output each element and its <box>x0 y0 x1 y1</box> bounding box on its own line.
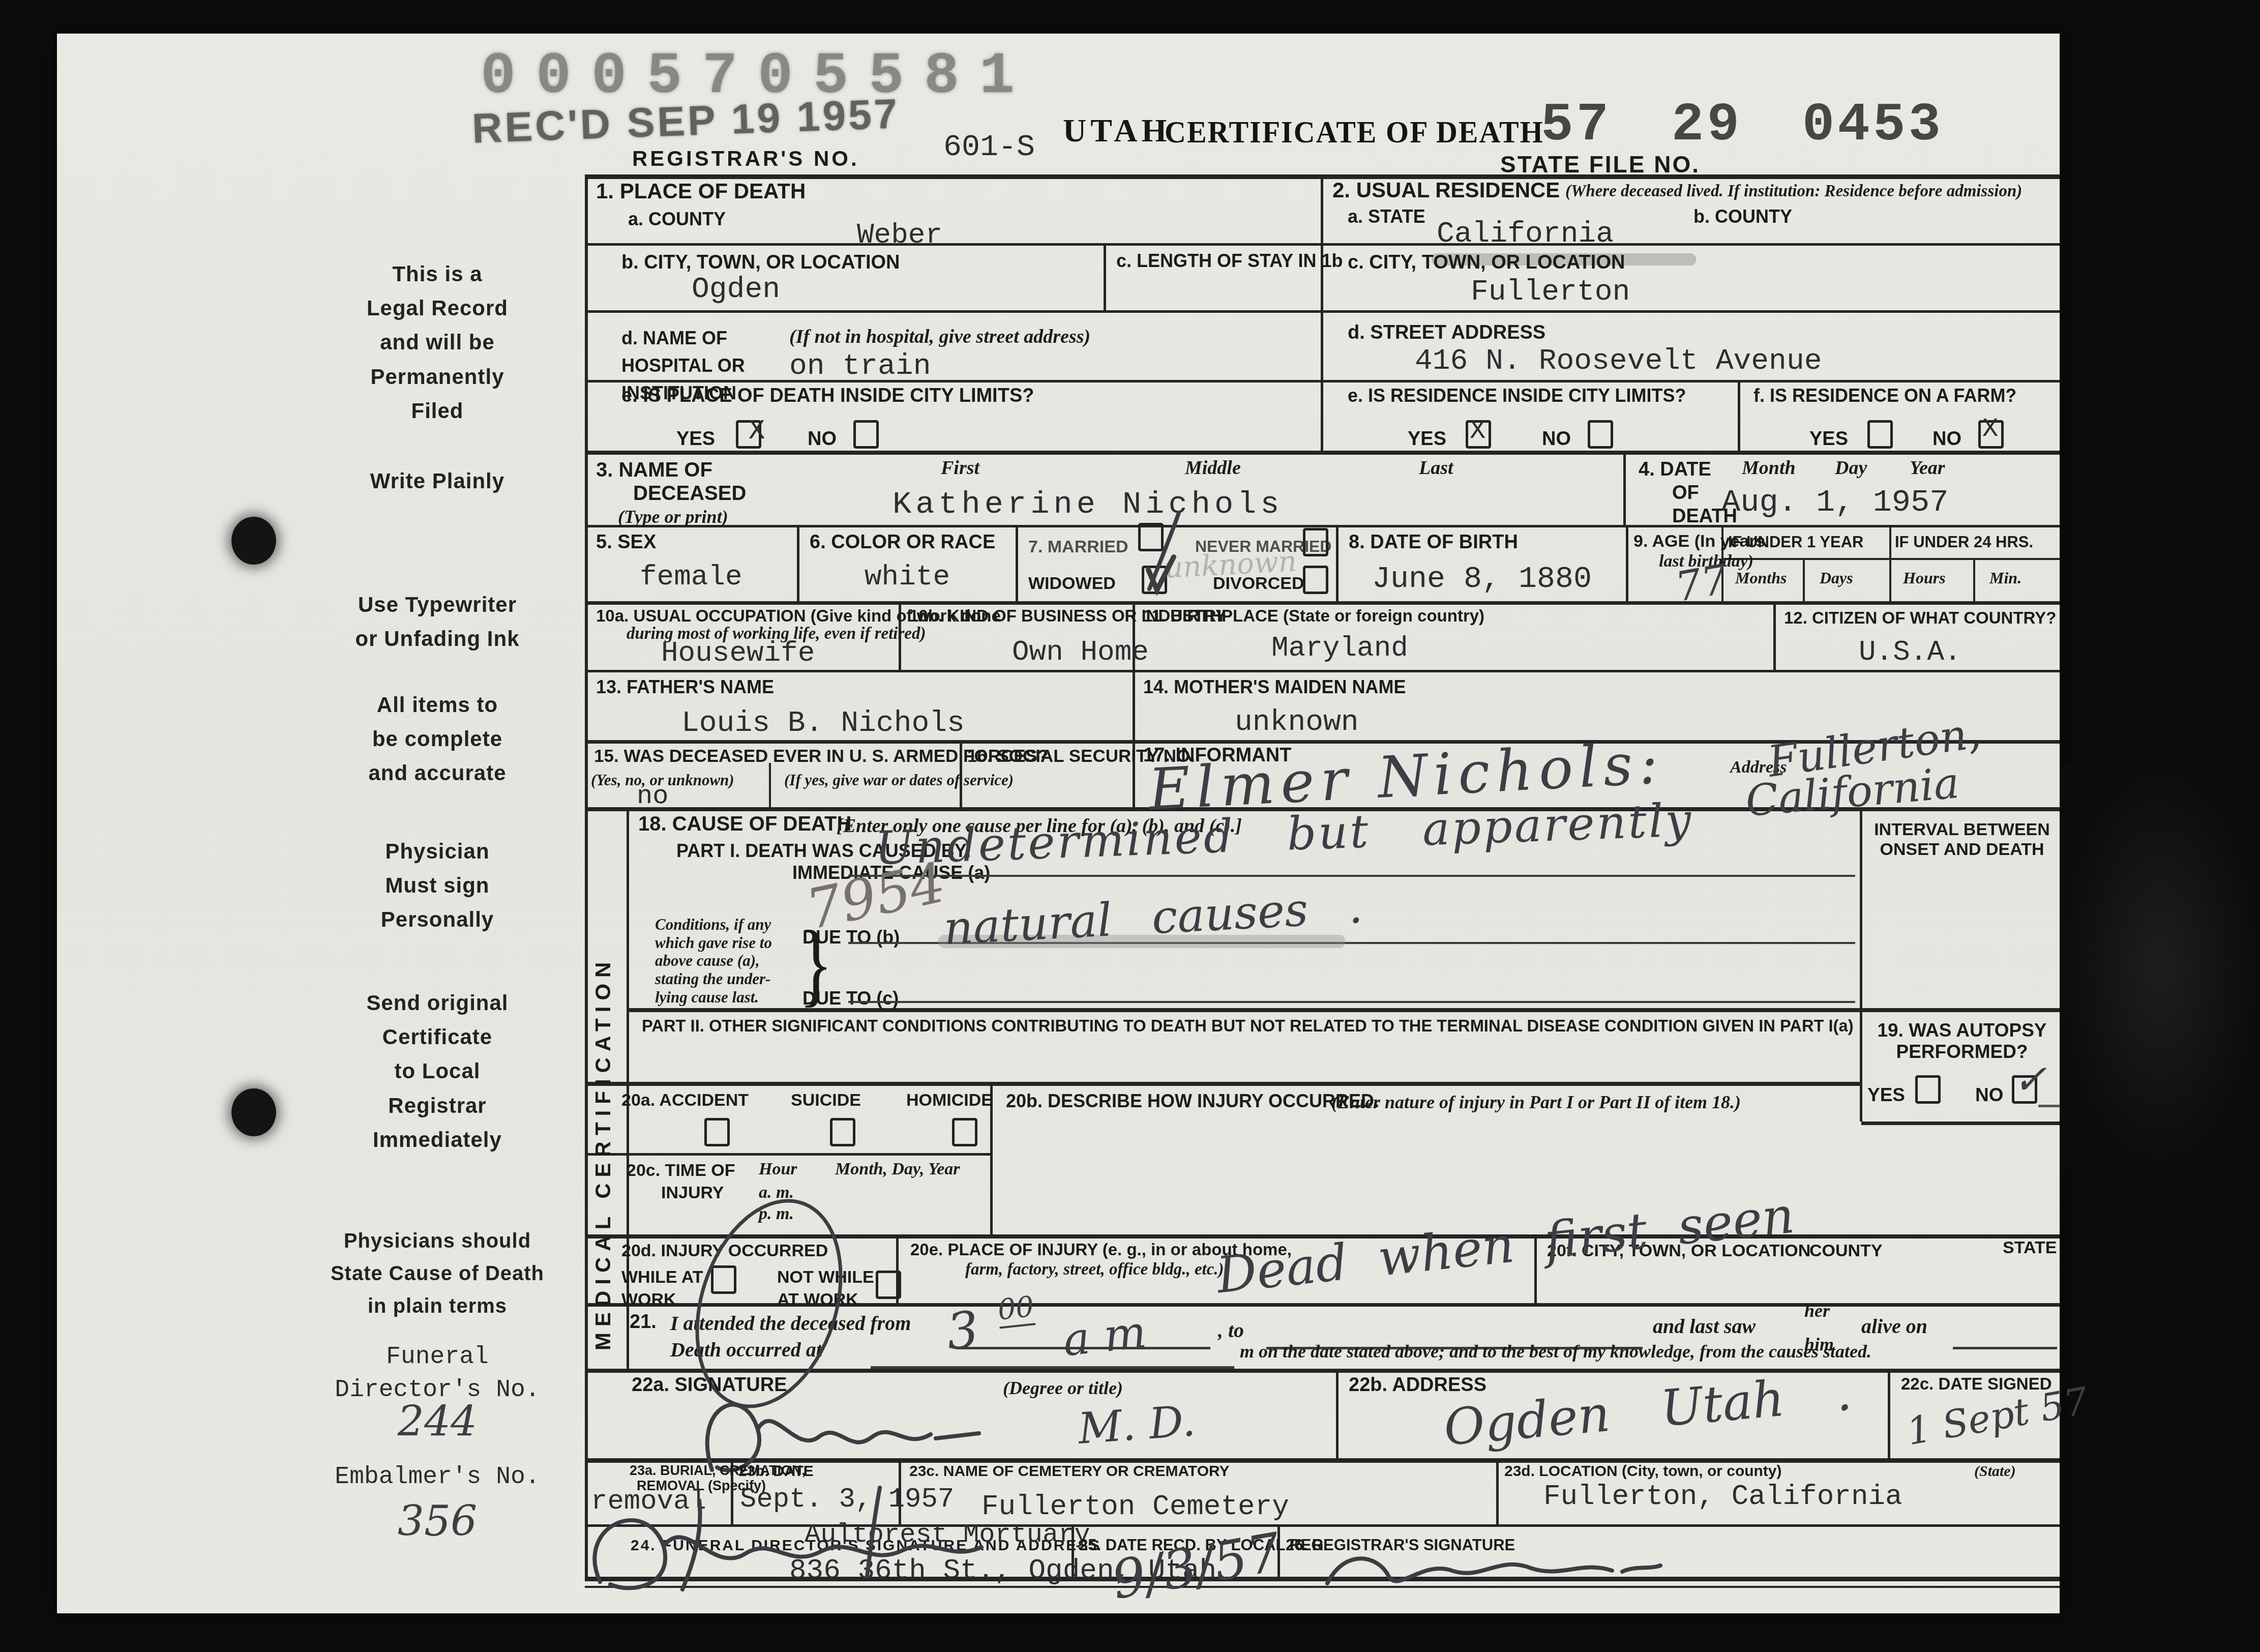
grid-line <box>1860 807 1862 1122</box>
funeral-directors-no-label: Funeral Director's No. <box>275 1341 600 1407</box>
s4-day-header: Day <box>1835 457 1867 479</box>
s18-title: 18. CAUSE OF DEATH <box>638 813 851 836</box>
s14-mother-label: 14. MOTHER'S MAIDEN NAME <box>1143 676 1406 698</box>
s3-name-value: Katherine Nichols <box>893 486 1284 522</box>
s12-citizen-value: U.S.A. <box>1859 636 1961 668</box>
s19-yes-label: YES <box>1867 1084 1905 1106</box>
s23c-cemetery-label: 23c. NAME OF CEMETERY OR CREMATORY <box>909 1463 1230 1480</box>
s2e-yes-mark: X <box>1470 416 1485 446</box>
s2-title: 2. USUAL RESIDENCE <box>1332 178 1560 202</box>
funeral-director-signature <box>570 1485 1078 1597</box>
s21-causes-stated-text: m on the date stated above; and to the b… <box>1240 1341 1871 1362</box>
s18-conditions-label: Conditions, if any which gave rise to ab… <box>655 916 772 1006</box>
s1b-city-label: b. CITY, TOWN, OR LOCATION <box>621 252 900 274</box>
s1e-no-label: NO <box>808 428 837 450</box>
punch-hole-top <box>231 517 276 565</box>
s1d-hospital-value: on train <box>789 350 931 383</box>
s1c-length-of-stay-label: c. LENGTH OF STAY IN 1b <box>1116 250 1343 272</box>
margin-note-write-plainly: Write Plainly <box>275 464 600 498</box>
s20a-homicide-label: HOMICIDE <box>906 1090 993 1110</box>
s19-yes-checkbox <box>1915 1075 1941 1104</box>
s21-hour-handwriting: 3 <box>944 1301 982 1362</box>
s22b-address-label: 22b. ADDRESS <box>1349 1374 1486 1396</box>
part2-label: PART II. OTHER SIGNIFICANT CONDITIONS CO… <box>642 1016 1854 1036</box>
s4-month-header: Month <box>1742 457 1796 479</box>
grid-line <box>1889 525 1891 601</box>
s20f-county-label: COUNTY <box>1809 1241 1883 1261</box>
s13-father-value: Louis B. Nichols <box>681 707 965 740</box>
s4-date-of-death-value: Aug. 1, 1957 <box>1721 484 1948 520</box>
s23d-location-label: 23d. LOCATION (City, town, or county) <box>1504 1463 1782 1480</box>
funeral-directors-no-value: 244 <box>275 1398 600 1446</box>
s2a-state-value: California <box>1437 218 1614 251</box>
s3-hint: (Type or print) <box>618 506 728 527</box>
s12-citizen-label: 12. CITIZEN OF WHAT COUNTRY? <box>1784 608 2056 628</box>
margin-note-use-typewriter: Use Typewriter or Unfading Ink <box>275 587 600 656</box>
s1e-yes-mark: X <box>749 416 765 447</box>
s4-year-header: Year <box>1910 457 1945 479</box>
s18-due-c-label: DUE TO (c) <box>802 988 899 1009</box>
margin-note-plain-terms: Physicians should State Cause of Death i… <box>275 1225 600 1322</box>
margin-note-legal-record: This is a Legal Record and will be Perma… <box>275 257 600 428</box>
grid-line <box>1496 1458 1499 1524</box>
title-certificate-of-death: CERTIFICATE OF DEATH <box>1165 114 1544 150</box>
s7-widowed-label: WIDOWED <box>1028 574 1116 594</box>
grid-line <box>585 451 2060 455</box>
grid-line <box>1336 1369 1339 1458</box>
s3-middle-header: Middle <box>1185 457 1241 479</box>
s20a-suicide-label: SUICIDE <box>791 1090 861 1110</box>
grid-line <box>585 670 2060 672</box>
embalmers-no-value: 356 <box>275 1497 600 1546</box>
grid-line <box>585 1082 1861 1086</box>
pen-stroke <box>2038 1105 2060 1107</box>
s20a-accident-label: 20a. ACCIDENT <box>621 1090 749 1110</box>
s2b-county-label: b. COUNTY <box>1693 206 1792 227</box>
grid-line <box>585 1153 992 1156</box>
s21-last-saw-text: and last saw <box>1653 1314 1756 1338</box>
s2f-yes-checkbox <box>1867 420 1893 449</box>
s2f-yes-label: YES <box>1809 428 1848 450</box>
s15-hint2: (If yes, give war or dates of service) <box>784 771 1014 789</box>
s4-of-label: OF <box>1672 482 1699 504</box>
s20a-suicide-checkbox <box>830 1118 855 1146</box>
grid-line <box>1861 1122 2060 1125</box>
s20a-homicide-checkbox <box>952 1118 977 1146</box>
interval-onset-death-label: INTERVAL BETWEEN ONSET AND DEATH <box>1867 820 2057 860</box>
registrars-no-label: REGISTRAR'S NO. <box>632 146 859 171</box>
grid-line <box>585 174 588 1579</box>
s6-race-value: white <box>865 560 950 593</box>
s23d-location-value: Fullerton, California <box>1543 1480 1902 1513</box>
s9-min-header: Min. <box>1989 569 2021 587</box>
grid-line <box>769 763 771 807</box>
cause-c-line <box>848 1001 1855 1003</box>
s21-ampm-handwriting: a m <box>1060 1306 1149 1367</box>
s13-father-label: 13. FATHER'S NAME <box>596 676 774 698</box>
embalmers-no-label: Embalmer's No. <box>275 1461 600 1494</box>
s20e-place-label2: farm, factory, street, office bldg., etc… <box>965 1260 1224 1279</box>
s3-title: 3. NAME OF <box>596 459 712 482</box>
s8-dob-label: 8. DATE OF BIRTH <box>1349 532 1518 553</box>
s6-race-label: 6. COLOR OR RACE <box>810 532 995 553</box>
s2d-street-label: d. STREET ADDRESS <box>1348 322 1545 344</box>
s15-armed-forces-value: no <box>637 781 668 811</box>
state-file-number-stamp: 57 29 0453 <box>1541 95 1944 156</box>
s2d-street-value: 416 N. Roosevelt Avenue <box>1415 345 1822 378</box>
s1e-no-checkbox <box>853 420 879 449</box>
s9-under-24hrs-label: IF UNDER 24 HRS. <box>1895 533 2033 551</box>
margin-note-physician-sign: Physician Must sign Personally <box>275 834 600 937</box>
grid-line <box>1738 380 1740 451</box>
s20c-hour-header: Hour <box>759 1160 797 1179</box>
s2e-no-checkbox <box>1588 420 1613 449</box>
s2f-farm-label: f. IS RESIDENCE ON A FARM? <box>1753 385 2016 406</box>
s21-minutes-handwriting: 00 <box>996 1290 1036 1329</box>
s10a-occupation-value: Housewife <box>661 637 815 669</box>
s9-age-value: 77 <box>1672 555 1731 611</box>
s5-sex-label: 5. SEX <box>596 532 656 553</box>
s20c-mdy-header: Month, Day, Year <box>835 1160 960 1179</box>
s1d-hospital-hint: (If not in hospital, give street address… <box>789 326 1090 348</box>
s7-never-married-checkbox <box>1303 528 1328 556</box>
s11-birthplace-value: Maryland <box>1271 632 1408 664</box>
grid-line <box>1803 558 1805 601</box>
s1b-city-value: Ogden <box>692 273 780 306</box>
s2f-no-mark: X <box>1982 414 1998 444</box>
s9-hours-header: Hours <box>1903 569 1946 587</box>
registrar-signature <box>1317 1540 1673 1601</box>
state-file-no-label: STATE FILE NO. <box>1500 151 1700 178</box>
s9-months-header: Months <box>1735 569 1787 587</box>
s2a-state-label: a. STATE <box>1348 206 1425 227</box>
grid-line <box>1773 601 1776 670</box>
grid-line <box>1626 525 1628 601</box>
s20c-injury-label: INJURY <box>661 1183 724 1203</box>
margin-note-all-items: All items to be complete and accurate <box>275 688 600 790</box>
s21-blank-line <box>871 1366 1234 1369</box>
s21-alive-on-text: alive on <box>1861 1314 1927 1338</box>
s20a-accident-checkbox <box>704 1118 730 1146</box>
s1-title: 1. PLACE OF DEATH <box>596 179 806 203</box>
cause-a-line <box>848 875 1855 877</box>
s2c-city-value: Fullerton <box>1471 276 1630 309</box>
s3-first-header: First <box>941 457 979 479</box>
s21-her-text: her <box>1804 1300 1830 1321</box>
grid-line <box>585 601 2060 605</box>
title-utah: UTAH <box>1063 112 1171 150</box>
s2e-city-limits-label: e. IS RESIDENCE INSIDE CITY LIMITS? <box>1348 385 1686 406</box>
punch-hole-bottom <box>231 1088 276 1136</box>
s22a-degree-handwriting: M. D. <box>1077 1396 1197 1454</box>
s20c-time-label: 20c. TIME OF <box>627 1161 735 1181</box>
s1e-yes-label: YES <box>676 428 715 450</box>
s1e-city-limits-label: e. IS PLACE OF DEATH INSIDE CITY LIMITS? <box>621 385 1034 407</box>
scanned-death-certificate: { "header": { "serial_stamp": "000570558… <box>0 0 2260 1652</box>
s20b-hint: (Enter nature of injury in Part I or Par… <box>1331 1091 1741 1113</box>
s2e-no-label: NO <box>1542 428 1571 450</box>
grid-line <box>1104 243 1106 313</box>
grid-line <box>1623 451 1626 525</box>
s1a-county-label: a. COUNTY <box>628 209 726 230</box>
s23d-state-hint: (State) <box>1974 1463 2016 1480</box>
s20f-state-label: STATE <box>2003 1238 2057 1258</box>
margin-note-send-original: Send original Certificate to Local Regis… <box>275 986 600 1157</box>
scan-right-band <box>2060 763 2260 1170</box>
grid-line <box>1336 525 1339 601</box>
s2-hint: (Where deceased lived. If institution: R… <box>1565 182 2022 201</box>
s8-dob-value: June 8, 1880 <box>1372 562 1592 597</box>
grid-line <box>797 525 799 601</box>
s3-title2: DECEASED <box>633 482 746 505</box>
s11-birthplace-label: 11. BIRTHPLACE (State or foreign country… <box>1143 606 1484 626</box>
s2c-city-label: c. CITY, TOWN, OR LOCATION <box>1348 252 1625 274</box>
s20b-describe-label: 20b. DESCRIBE HOW INJURY OCCURRED. <box>1006 1090 1379 1112</box>
s21-blank-line <box>1953 1347 2057 1349</box>
grid-line <box>585 525 2060 527</box>
s18-due-b-label: DUE TO (b) <box>802 927 900 948</box>
grid-line <box>1016 525 1018 601</box>
s3-last-header: Last <box>1419 457 1453 479</box>
s1a-county-value: Weber <box>857 219 942 251</box>
s7-divorced-checkbox <box>1303 566 1328 594</box>
s7-widowed-checkmark-stroke <box>1134 509 1205 600</box>
s14-mother-value: unknown <box>1235 706 1359 739</box>
s7-married-label: 7. MARRIED <box>1028 537 1128 557</box>
s2f-no-label: NO <box>1932 428 1961 450</box>
s9-days-header: Days <box>1820 569 1853 587</box>
grid-line <box>1888 1369 1890 1458</box>
medical-certification-side-label: MEDICAL CERTIFICATION <box>591 956 615 1350</box>
grid-line <box>1133 670 1135 740</box>
s7-divorced-label: DIVORCED <box>1213 574 1304 594</box>
registrars-no-value: 601-S <box>943 130 1035 165</box>
s23b-date-label: 23b. DATE <box>738 1463 814 1480</box>
grid-line <box>1973 558 1975 601</box>
s19-no-checkmark: ✓ <box>2013 1056 2047 1103</box>
grid-line <box>1321 174 1323 451</box>
s5-sex-value: female <box>640 560 742 593</box>
s19-no-label: NO <box>1975 1084 2004 1106</box>
s21-to-text: , to <box>1218 1318 1244 1342</box>
s4-date-label: 4. DATE <box>1639 459 1711 481</box>
s9-under-1yr-label: IF UNDER 1 YEAR <box>1728 533 1863 551</box>
s10b-industry-value: Own Home <box>1012 636 1149 668</box>
s2e-yes-label: YES <box>1408 428 1446 450</box>
